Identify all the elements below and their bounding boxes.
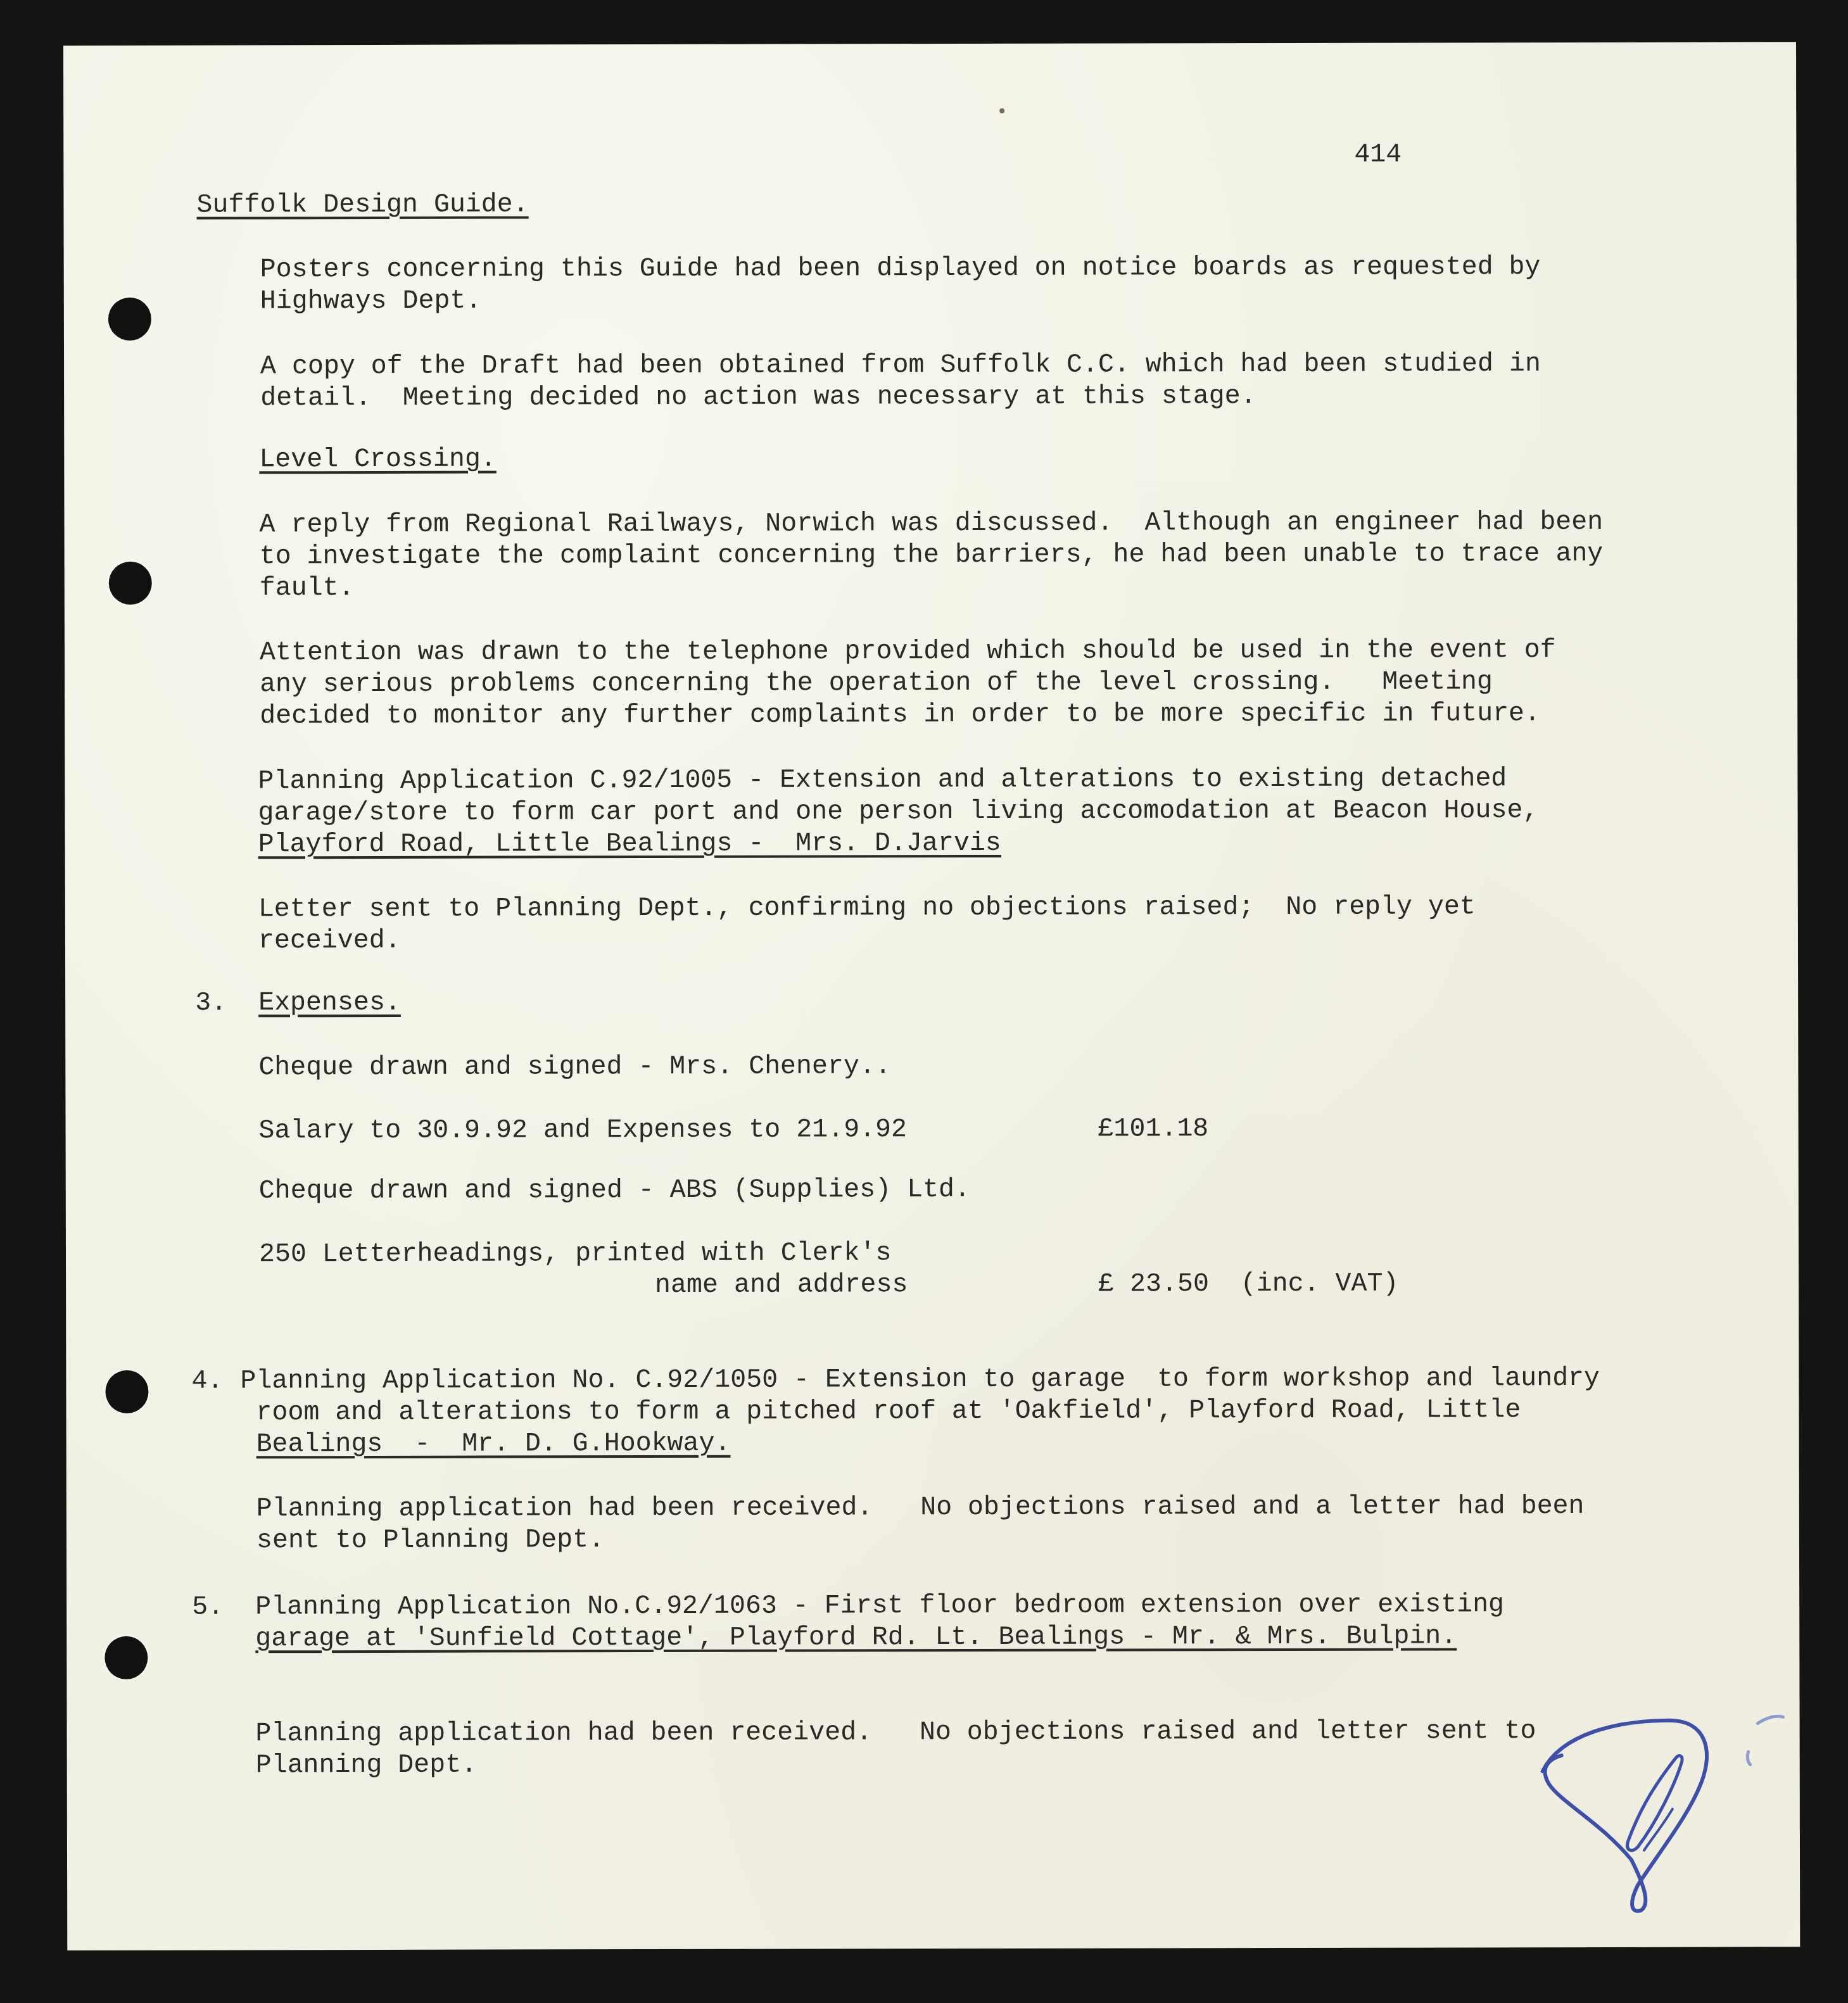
paragraph-line: Planning Dept. <box>256 1750 478 1782</box>
paragraph-line: decided to monitor any further complaint… <box>260 698 1540 732</box>
paper-speck <box>999 108 1004 113</box>
signature-initials <box>1523 1695 1790 1923</box>
planning-title-line: garage/store to form car port and one pe… <box>258 795 1538 829</box>
planning-title-line: Playford Road, Little Bealings - Mrs. D.… <box>258 828 1001 861</box>
planning-title-line: garage at 'Sunfield Cottage', Playford R… <box>255 1621 1457 1655</box>
paragraph-line: Highways Dept. <box>260 286 482 318</box>
item-number: 3. <box>195 987 227 1019</box>
paragraph-line: Attention was drawn to the telephone pro… <box>260 635 1556 669</box>
punch-hole <box>108 298 151 341</box>
paragraph-line: to investigate the complaint concerning … <box>260 538 1604 572</box>
heading-suffolk-design-guide: Suffolk Design Guide. <box>196 189 528 221</box>
planning-title-line: Planning Application C.92/1005 - Extensi… <box>258 763 1507 797</box>
expense-cheque: Cheque drawn and signed - Mrs. Chenery.. <box>258 1051 891 1084</box>
punch-hole <box>104 1636 148 1679</box>
item-number: 4. <box>191 1365 223 1397</box>
paragraph-line: A copy of the Draft had been obtained fr… <box>260 348 1541 382</box>
heading-level-crossing: Level Crossing. <box>259 444 497 476</box>
paragraph-line: A reply from Regional Railways, Norwich … <box>260 507 1604 541</box>
page-number: 414 <box>1354 139 1402 171</box>
punch-hole <box>105 1370 148 1413</box>
paragraph-line: sent to Planning Dept. <box>256 1524 604 1557</box>
expense-amount: £101.18 <box>1098 1113 1209 1145</box>
paragraph-line: any serious problems concerning the oper… <box>260 666 1493 700</box>
paragraph-line: detail. Meeting decided no action was ne… <box>260 381 1256 414</box>
planning-title-line: Planning Application No. C.92/1050 - Ext… <box>240 1363 1600 1397</box>
paragraph-line: received. <box>258 925 401 957</box>
paragraph-line: Letter sent to Planning Dept., confirmin… <box>258 891 1476 925</box>
paragraph-line: Posters concerning this Guide had been d… <box>260 251 1541 286</box>
item-number: 5. <box>192 1591 224 1623</box>
paragraph-line: Planning application had been received. … <box>256 1716 1536 1750</box>
planning-title-line: Planning Application No.C.92/1063 - Firs… <box>255 1589 1504 1623</box>
planning-title-line: Bealings - Mr. D. G.Hookway. <box>256 1428 731 1461</box>
document-page: 414 Suffolk Design Guide. Posters concer… <box>63 42 1800 1950</box>
expense-description: Salary to 30.9.92 and Expenses to 21.9.9… <box>259 1114 907 1147</box>
planning-title-line: room and alterations to form a pitched r… <box>256 1394 1521 1429</box>
expense-cheque: Cheque drawn and signed - ABS (Supplies)… <box>259 1174 970 1207</box>
expense-description: name and address <box>655 1269 908 1301</box>
punch-hole <box>109 562 152 605</box>
heading-expenses: Expenses. <box>258 987 401 1019</box>
expense-description: 250 Letterheadings, printed with Clerk's <box>259 1237 892 1270</box>
expense-amount: £ 23.50 (inc. VAT) <box>1098 1268 1398 1301</box>
paragraph-line: fault. <box>260 572 355 604</box>
paragraph-line: Planning application had been received. … <box>256 1491 1585 1525</box>
